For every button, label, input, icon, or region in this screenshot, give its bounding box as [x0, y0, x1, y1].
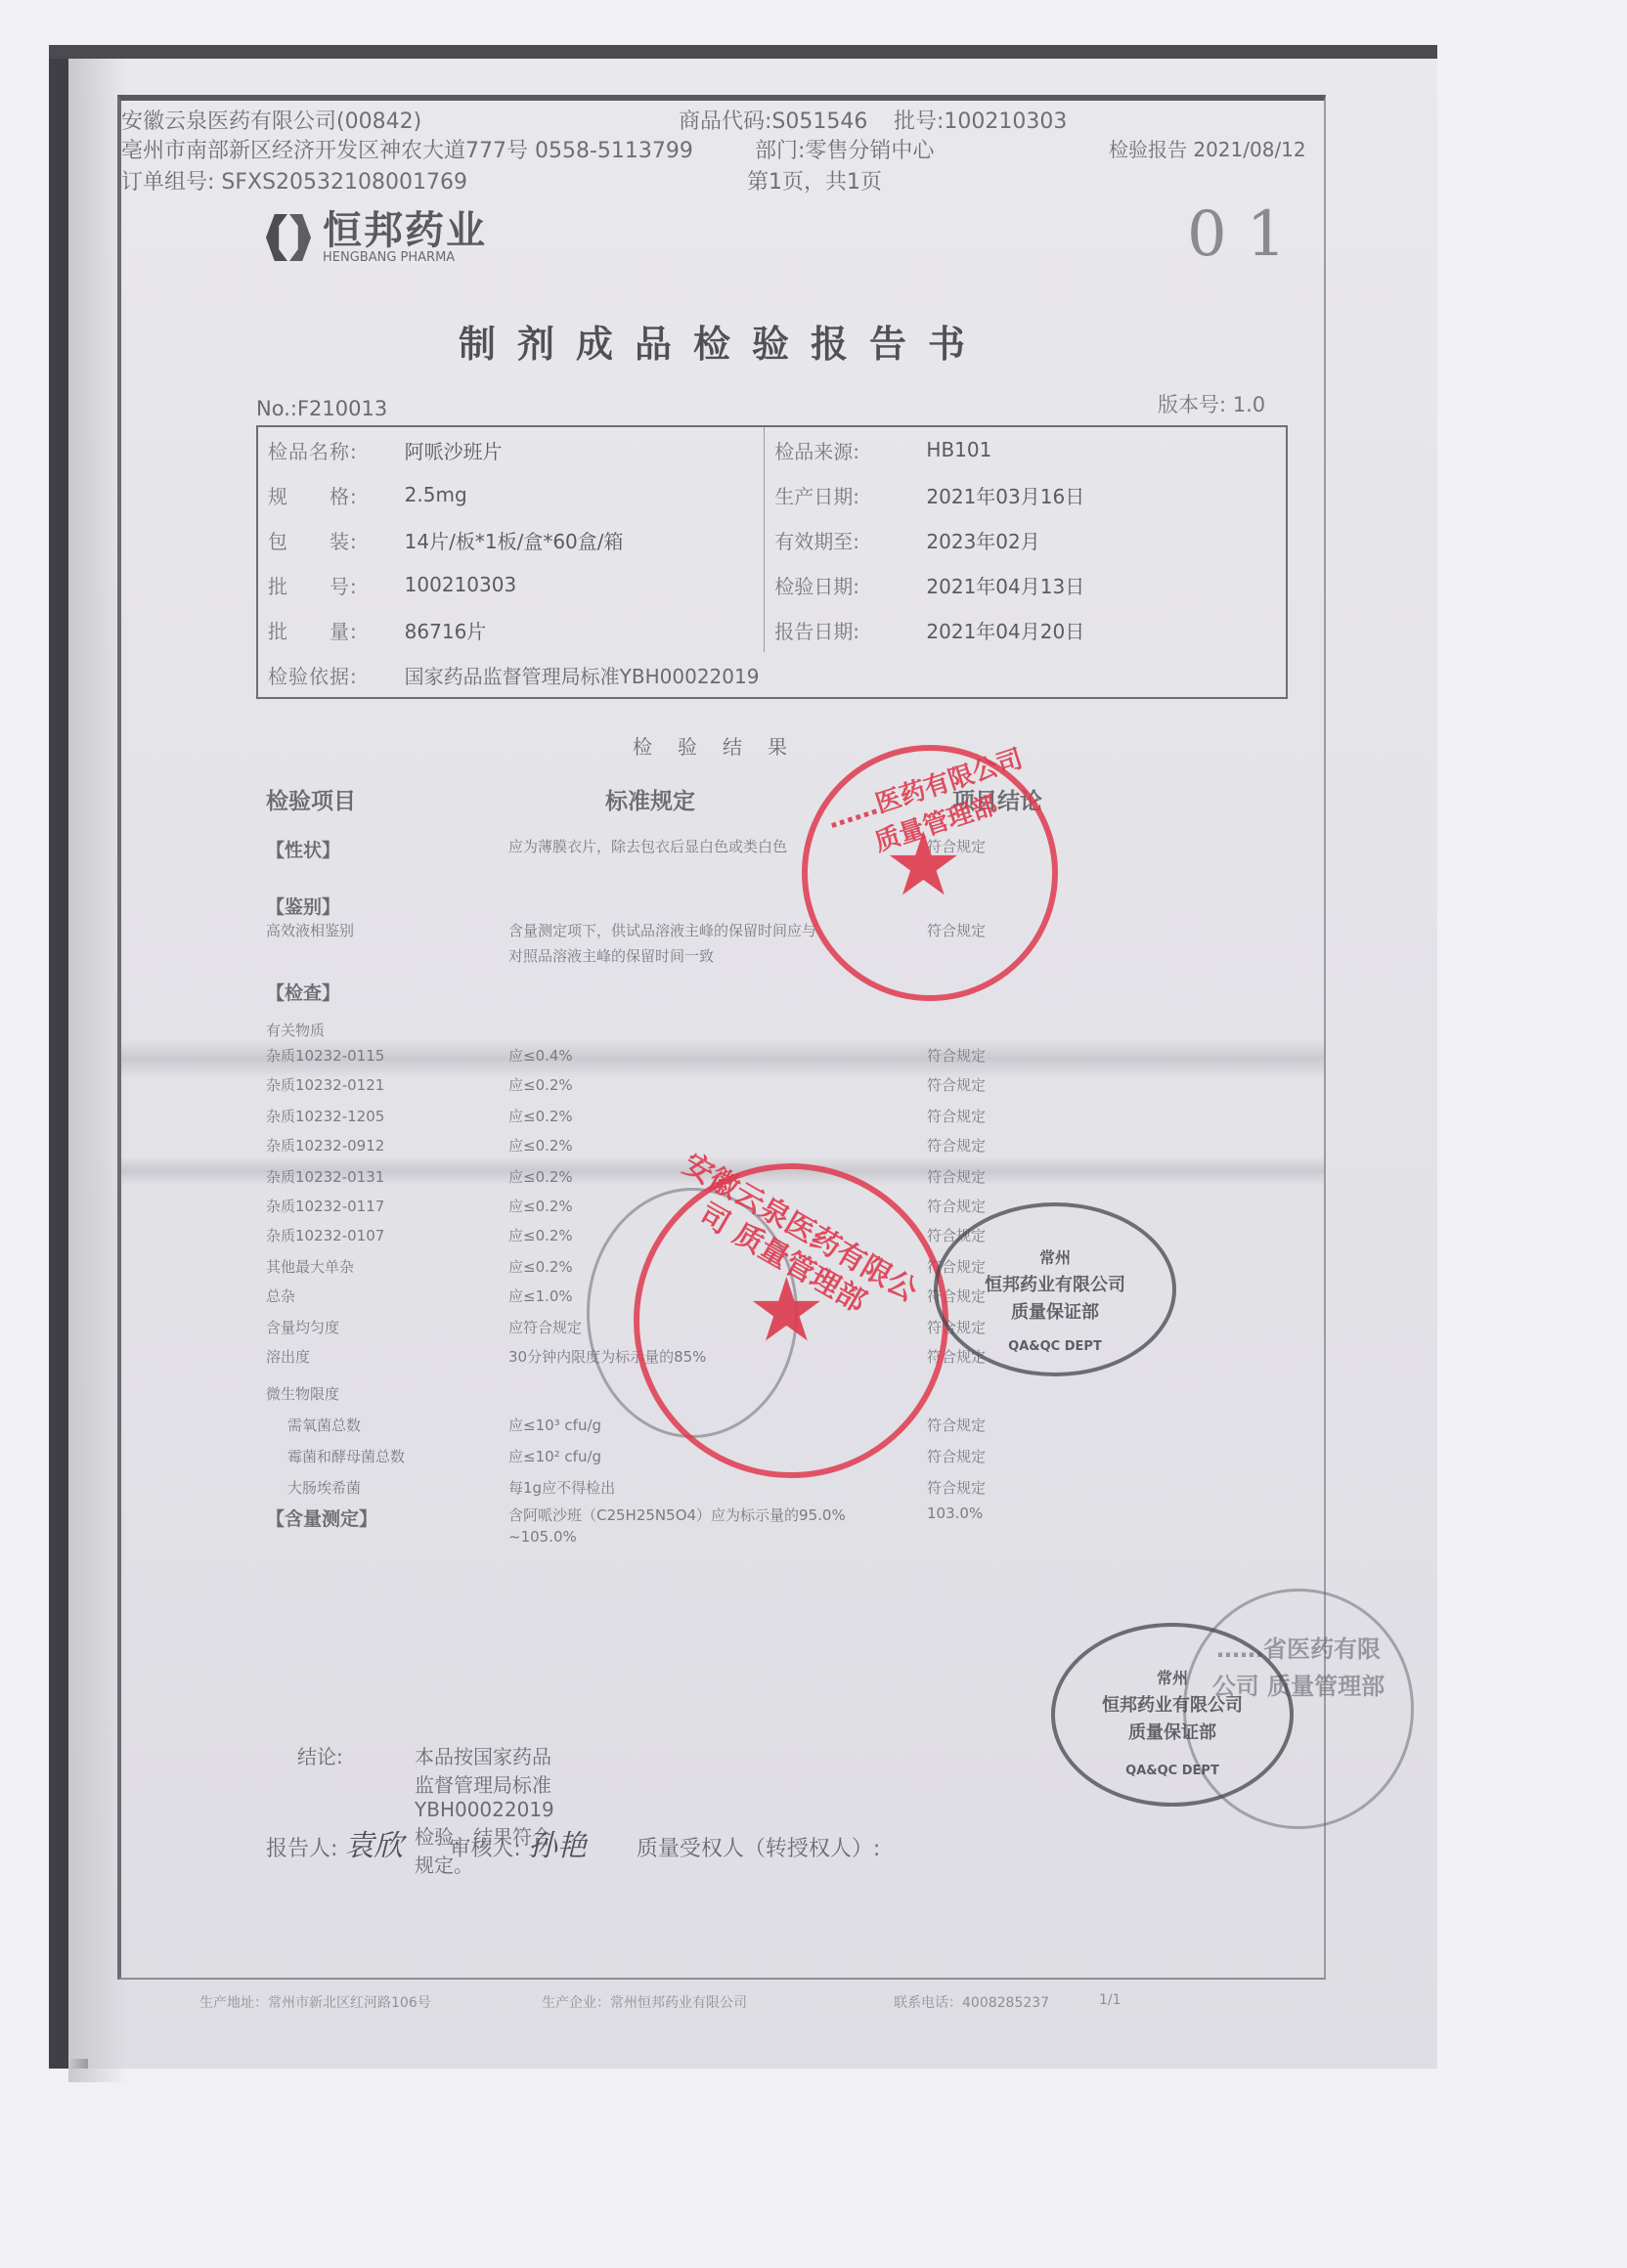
seal-city: 常州 — [1055, 1666, 1290, 1688]
info-value: 2.5mg — [395, 472, 765, 517]
result-standard: 含量测定项下，供试品溶液主峰的保留时间应与 — [508, 920, 816, 940]
red-seal-top: ★ ……医药有限公司 质量管理部 — [802, 745, 1058, 1001]
info-row: 批 量:86716片报告日期:2021年04月20日 — [257, 607, 1287, 652]
column-header-standard: 标准规定 — [605, 783, 695, 815]
gray-oval-seal-qa: 常州 恒邦药业有限公司 质量保证部 QA&QC DEPT — [934, 1202, 1176, 1376]
info-row: 规 格:2.5mg生产日期:2021年03月16日 — [257, 472, 1287, 517]
result-row: 高效液相鉴别含量测定项下，供试品溶液主峰的保留时间应与符合规定 — [266, 920, 1293, 941]
copy-number: 01 — [1187, 198, 1305, 271]
seal-dept-en: QA&QC DEPT — [938, 1339, 1172, 1354]
info-value: 2023年02月 — [916, 517, 1287, 562]
result-conclusion: 符合规定 — [927, 1446, 986, 1466]
result-item: 杂质10232-0115 — [266, 1045, 384, 1066]
result-standard: 应≤1.0% — [508, 1286, 573, 1306]
reporter-signature: 袁欣 — [344, 1829, 403, 1863]
result-standard: 每1g应不得检出 — [508, 1477, 615, 1498]
order-group: 订单组号: SFXS20532108001769 — [121, 165, 467, 196]
results-section-title: 检验结果 — [121, 731, 1324, 760]
result-item: 杂质10232-1205 — [266, 1106, 384, 1126]
info-label: 检品来源: — [765, 426, 917, 472]
result-standard: ~105.0% — [508, 1528, 577, 1546]
result-item: 【含量测定】 — [266, 1505, 377, 1531]
result-item: 杂质10232-0117 — [266, 1196, 384, 1216]
result-row: 【鉴别】 — [266, 893, 1293, 914]
result-item: 高效液相鉴别 — [266, 920, 354, 940]
result-standard: 应符合规定 — [508, 1317, 582, 1337]
result-row: 【性状】应为薄膜衣片，除去包衣后显白色或类白色符合规定 — [266, 836, 1293, 857]
gray-oval-seal-qa-2: 常州 恒邦药业有限公司 质量保证部 QA&QC DEPT — [1051, 1623, 1294, 1807]
info-value: HB101 — [916, 426, 1287, 472]
info-value: 100210303 — [395, 562, 765, 607]
result-row: 杂质10232-0912应≤0.2%符合规定 — [266, 1135, 1293, 1156]
distributor-name: 安徽云泉医药有限公司(00842) — [121, 105, 421, 135]
result-row: 杂质10232-0115应≤0.4%符合规定 — [266, 1045, 1293, 1067]
result-row: 对照品溶液主峰的保留时间一致 — [266, 945, 1293, 967]
product-code: 商品代码:S051546 — [679, 105, 867, 135]
result-standard: 应为薄膜衣片，除去包衣后显白色或类白色 — [508, 836, 787, 856]
page-info: 第1页，共1页 — [747, 165, 882, 196]
result-standard: 应≤10³ cfu/g — [508, 1415, 601, 1435]
result-row: 【检查】 — [266, 979, 1293, 1000]
result-standard: 应≤0.2% — [508, 1106, 573, 1126]
conclusion: 结论: 本品按国家药品监督管理局标准YBH00022019检验，结果符合规定。 — [297, 1741, 343, 1769]
result-standard: 应≤0.2% — [508, 1166, 573, 1187]
version-number: 版本号: 1.0 — [1158, 389, 1265, 418]
department: 部门:零售分销中心 — [755, 134, 934, 164]
result-row: 杂质10232-0121应≤0.2%符合规定 — [266, 1074, 1293, 1096]
hengbang-logo-icon — [266, 210, 313, 265]
result-item: 溶出度 — [266, 1346, 310, 1367]
basis-label: 检验依据: — [257, 652, 395, 698]
result-conclusion: 符合规定 — [927, 1135, 986, 1156]
result-standard: 应≤0.2% — [508, 1135, 573, 1156]
info-value: 2021年04月20日 — [916, 607, 1287, 652]
result-item: 含量均匀度 — [266, 1317, 339, 1337]
result-standard: 应≤0.2% — [508, 1225, 573, 1245]
seal-dept-en: QA&QC DEPT — [1055, 1764, 1290, 1778]
info-label: 规 格: — [257, 472, 395, 517]
print-report-date: 检验报告 2021/08/12 — [1109, 134, 1306, 162]
result-conclusion: 符合规定 — [927, 1477, 986, 1498]
result-row: 有关物质 — [266, 1020, 1293, 1041]
info-label: 有效期至: — [765, 517, 917, 562]
result-item: 大肠埃希菌 — [287, 1477, 361, 1498]
seal-city: 常州 — [938, 1245, 1172, 1268]
result-conclusion: 符合规定 — [927, 1166, 986, 1187]
result-conclusion: 符合规定 — [927, 1106, 986, 1126]
result-item: 有关物质 — [266, 1020, 325, 1040]
result-row: 大肠埃希菌每1g应不得检出符合规定 — [266, 1477, 1293, 1499]
info-value: 2021年03月16日 — [916, 472, 1287, 517]
info-value: 86716片 — [395, 607, 765, 652]
result-item: 杂质10232-0107 — [266, 1225, 384, 1245]
result-item: 【性状】 — [266, 836, 340, 862]
seal-company: 恒邦药业有限公司 — [938, 1271, 1172, 1296]
footer-phone: 联系电话：4008285237 — [894, 1992, 1049, 2012]
info-label: 包 装: — [257, 517, 395, 562]
report-number: No.:F210013 — [256, 397, 387, 420]
result-item: 总杂 — [266, 1286, 295, 1306]
result-conclusion: 符合规定 — [927, 1196, 986, 1216]
basis-value: 国家药品监督管理局标准YBH00022019 — [395, 652, 1287, 698]
info-value: 14片/板*1板/盒*60盒/箱 — [395, 517, 765, 562]
info-value: 2021年04月13日 — [916, 562, 1287, 607]
result-item: 【鉴别】 — [266, 893, 340, 919]
reviewer-label: 审核人: — [449, 1837, 520, 1861]
result-standard: 应≤0.2% — [508, 1074, 573, 1095]
signature-row: 报告人: 袁欣 审核人: 孙艳 质量受权人（转授权人）: — [266, 1821, 880, 1864]
result-item: 其他最大单杂 — [266, 1256, 354, 1277]
info-label: 生产日期: — [765, 472, 917, 517]
seal-dept: 质量保证部 — [938, 1298, 1172, 1324]
result-conclusion: 符合规定 — [927, 1074, 986, 1095]
info-label: 检验日期: — [765, 562, 917, 607]
info-value: 阿哌沙班片 — [395, 426, 765, 472]
result-standard: 对照品溶液主峰的保留时间一致 — [508, 945, 714, 966]
result-standard: 应≤0.4% — [508, 1045, 573, 1066]
product-info-table: 检品名称:阿哌沙班片检品来源:HB101规 格:2.5mg生产日期:2021年0… — [256, 425, 1288, 699]
result-row: 【含量测定】含阿哌沙班（C25H25N5O4）应为标示量的95.0%103.0% — [266, 1505, 1293, 1526]
scan-edge-left — [49, 45, 68, 2069]
conclusion-label: 结论: — [297, 1745, 343, 1768]
reviewer-signature: 孙艳 — [528, 1829, 587, 1863]
result-row: ~105.0% — [266, 1528, 1293, 1549]
info-label: 检品名称: — [257, 426, 395, 472]
batch-number: 批号:100210303 — [894, 105, 1067, 135]
document-title: 制剂成品检验报告书 — [121, 314, 1324, 368]
info-label: 批 量: — [257, 607, 395, 652]
footer-address: 生产地址：常州市新北区红河路106号 — [199, 1992, 431, 2012]
info-label: 报告日期: — [765, 607, 917, 652]
info-row: 包 装:14片/板*1板/盒*60盒/箱有效期至:2023年02月 — [257, 517, 1287, 562]
logo-name-cn: 恒邦药业 — [323, 211, 487, 250]
hengbang-logo: 恒邦药业 HENGBANG PHARMA — [266, 210, 487, 265]
info-row: 检品名称:阿哌沙班片检品来源:HB101 — [257, 426, 1287, 472]
result-row: 杂质10232-1205应≤0.2%符合规定 — [266, 1106, 1293, 1127]
info-row: 批 号:100210303检验日期:2021年04月13日 — [257, 562, 1287, 607]
scan-edge-top — [49, 45, 1437, 59]
reporter-label: 报告人: — [266, 1837, 337, 1861]
result-standard: 应≤0.2% — [508, 1256, 573, 1277]
qa-person-label: 质量受权人（转授权人）: — [637, 1837, 880, 1861]
result-item: 需氧菌总数 — [287, 1415, 361, 1435]
footer-manufacturer: 生产企业：常州恒邦药业有限公司 — [542, 1992, 747, 2012]
result-conclusion: 符合规定 — [927, 1415, 986, 1435]
seal-dept: 质量保证部 — [1055, 1719, 1290, 1744]
result-conclusion: 103.0% — [927, 1505, 983, 1522]
result-item: 微生物限度 — [266, 1383, 339, 1404]
result-item: 杂质10232-0912 — [266, 1135, 384, 1156]
result-conclusion: 符合规定 — [927, 1045, 986, 1066]
footer-page: 1/1 — [1099, 1992, 1121, 2008]
result-standard: 应≤10² cfu/g — [508, 1446, 601, 1466]
result-item: 霉菌和酵母菌总数 — [287, 1446, 405, 1466]
result-standard: 含阿哌沙班（C25H25N5O4）应为标示量的95.0% — [508, 1505, 846, 1525]
result-standard: 应≤0.2% — [508, 1196, 573, 1216]
distributor-address: 亳州市南部新区经济开发区神农大道777号 0558-5113799 — [121, 134, 693, 164]
seal-company: 恒邦药业有限公司 — [1055, 1691, 1290, 1717]
result-item: 杂质10232-0131 — [266, 1166, 384, 1187]
column-header-item: 检验项目 — [266, 783, 356, 815]
result-item: 杂质10232-0121 — [266, 1074, 384, 1095]
info-label: 批 号: — [257, 562, 395, 607]
red-seal-center: ★ 安徽云泉医药有限公司 质量管理部 — [634, 1163, 948, 1478]
info-row-basis: 检验依据:国家药品监督管理局标准YBH00022019 — [257, 652, 1287, 698]
result-item: 【检查】 — [266, 979, 340, 1005]
